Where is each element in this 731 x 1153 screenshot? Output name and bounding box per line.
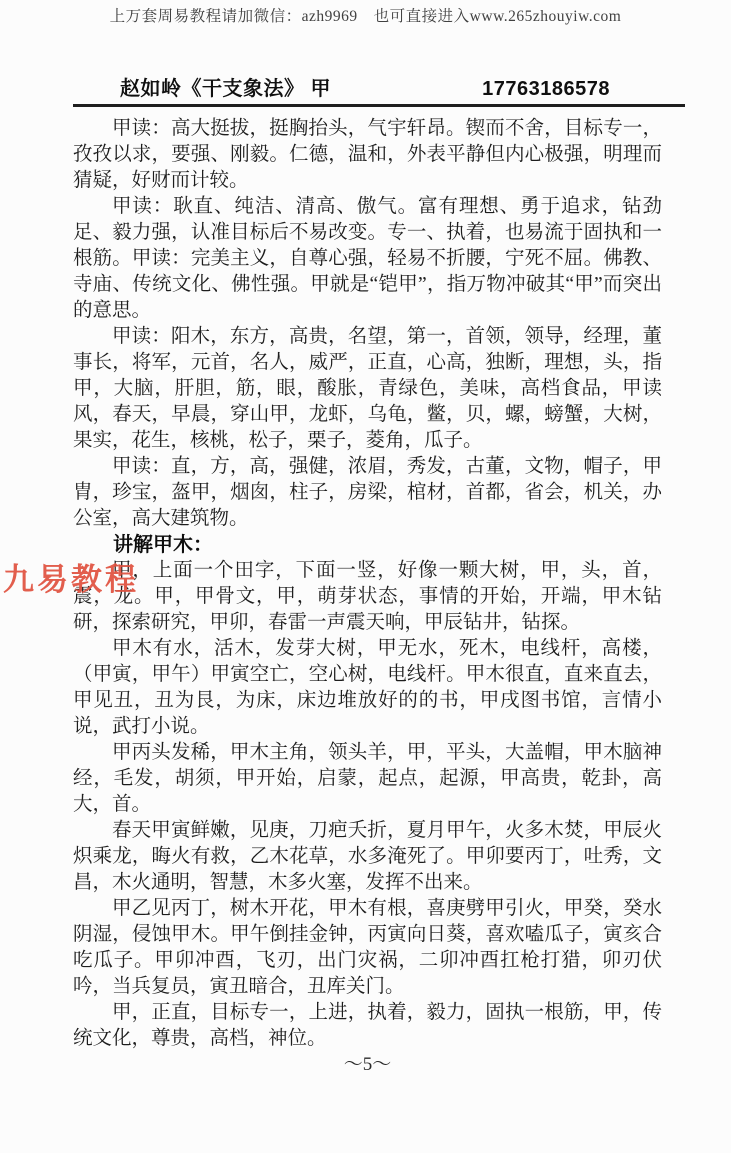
watermark: 九易教程	[3, 554, 139, 599]
header-rule	[73, 104, 685, 107]
body-paragraph: 甲读：高大挺拔，挺胸抬头，气宇轩昂。锲而不舍，目标专一，孜孜以求，要强、刚毅。仁…	[73, 116, 662, 194]
document-title: 赵如岭《干支象法》 甲	[120, 72, 331, 101]
document-header: 赵如岭《干支象法》 甲 17763186578	[120, 72, 610, 101]
promo-banner-text: 上万套周易教程请加微信：azh9969 也可直接进入www.265zhouyiw…	[0, 4, 731, 26]
body-paragraph: 甲读：直，方，高，强健，浓眉，秀发，古董，文物，帽子，甲胄，珍宝，盔甲，烟囱，柱…	[73, 454, 662, 532]
body-paragraph: 春天甲寅鲜嫩，见庚，刀疤夭折，夏月甲午，火多木焚，甲辰火炽乘龙，晦火有救，乙木花…	[73, 818, 662, 896]
section-heading: 讲解甲木：	[73, 532, 662, 558]
body-paragraph: 甲丙头发稀，甲木主角，领头羊，甲，平头，大盖帽，甲木脑神经，毛发，胡须，甲开始，…	[73, 740, 662, 818]
document-body: 甲读：高大挺拔，挺胸抬头，气宇轩昂。锲而不舍，目标专一，孜孜以求，要强、刚毅。仁…	[73, 116, 662, 1078]
body-paragraph: 甲，上面一个田字，下面一竖，好像一颗大树，甲，头，首，震，龙。甲，甲骨文，甲，萌…	[73, 558, 662, 636]
contact-phone-number: 17763186578	[482, 78, 610, 101]
scanned-document-page: 上万套周易教程请加微信：azh9969 也可直接进入www.265zhouyiw…	[0, 0, 731, 1153]
body-paragraph: 甲读：耿直、纯洁、清高、傲气。富有理想、勇于追求，钻劲足、毅力强，认准目标后不易…	[73, 194, 662, 324]
body-paragraph: 甲读：阳木，东方，高贵，名望，第一，首领，领导，经理，董事长，将军，元首，名人，…	[73, 324, 662, 454]
body-paragraph: 甲木有水，活木，发芽大树，甲无水，死木，电线杆，高楼，（甲寅，甲午）甲寅空亡，空…	[73, 636, 662, 740]
page-number: ～5～	[73, 1052, 662, 1078]
body-paragraph: 甲乙见丙丁，树木开花，甲木有根，喜庚劈甲引火，甲癸，癸水阴湿，侵蚀甲木。甲午倒挂…	[73, 896, 662, 1000]
body-paragraph: 甲，正直，目标专一，上进，执着，毅力，固执一根筋，甲，传统文化，尊贵，高档，神位…	[73, 1000, 662, 1052]
